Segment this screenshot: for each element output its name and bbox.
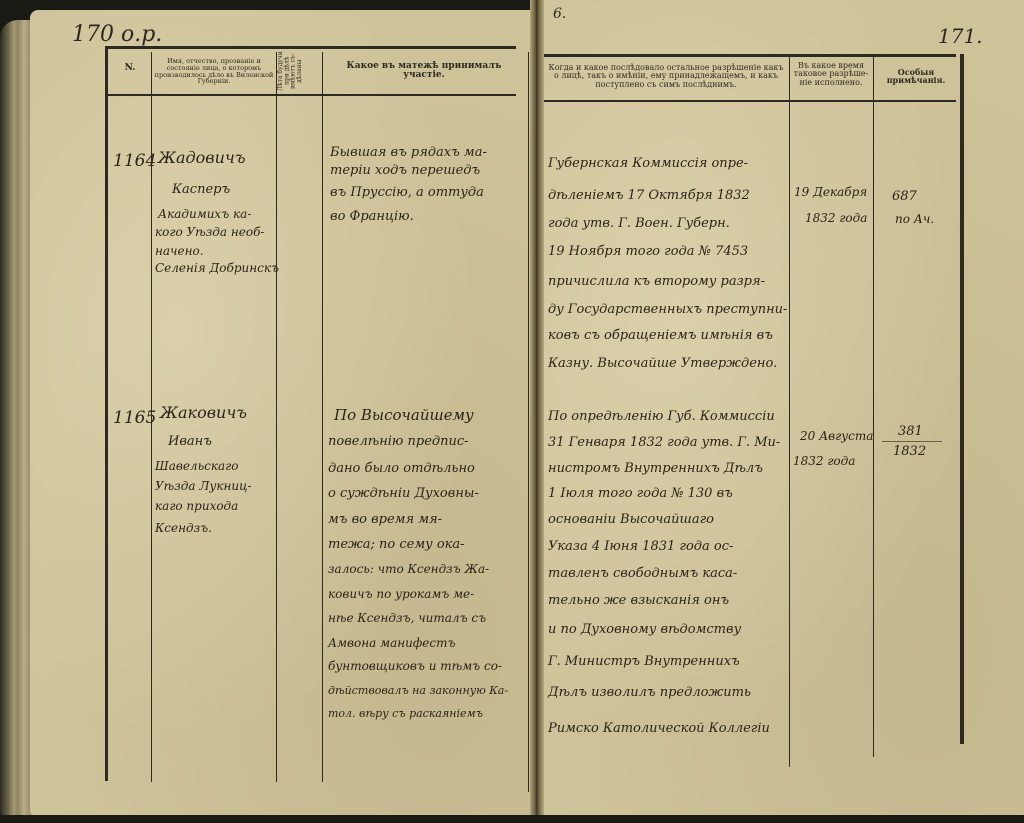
entry-number: 1164 bbox=[113, 153, 156, 170]
left-outer-border bbox=[105, 46, 108, 781]
gutter-mark: 6. bbox=[553, 6, 566, 22]
header-notes: Особыя примѣча­нія. bbox=[875, 68, 957, 85]
bottom-shadow bbox=[0, 815, 1024, 823]
book-gutter bbox=[530, 0, 544, 823]
ledger-spread: 170 о.р. 171. 6. N. Имя, отчество, прозв… bbox=[0, 0, 1024, 823]
notes-fraction-line bbox=[882, 441, 942, 442]
right-col-divider-1 bbox=[789, 57, 790, 767]
entry-number: 1165 bbox=[113, 410, 156, 427]
left-top-rule bbox=[106, 46, 516, 49]
left-header-bottom-rule bbox=[106, 94, 516, 96]
left-col-divider-2 bbox=[276, 52, 277, 782]
header-number: N. bbox=[110, 64, 150, 73]
left-col-divider-4 bbox=[528, 52, 529, 792]
right-top-rule bbox=[544, 54, 956, 57]
folio-right: 171. bbox=[938, 24, 983, 48]
header-resolution: Когда и какое послѣдовало остальное разр… bbox=[546, 64, 786, 89]
left-col-divider-3 bbox=[322, 52, 323, 782]
right-header-bottom-rule bbox=[544, 100, 956, 102]
folio-left: 170 о.р. bbox=[72, 22, 162, 47]
right-outer-border bbox=[960, 54, 964, 744]
header-age: Лѣта буду­чи при дѣлѣ имѣютъ съ­дѣ­ланы bbox=[278, 50, 320, 92]
header-name: Имя, отчество, прозваніе и состояніе лиц… bbox=[154, 58, 274, 85]
header-participation: Какое въ матежѣ принималъ участіе. bbox=[326, 62, 522, 81]
right-col-divider-2 bbox=[873, 57, 874, 757]
header-executed: Въ какое время таковое разрѣше­ніе испол… bbox=[791, 62, 871, 87]
